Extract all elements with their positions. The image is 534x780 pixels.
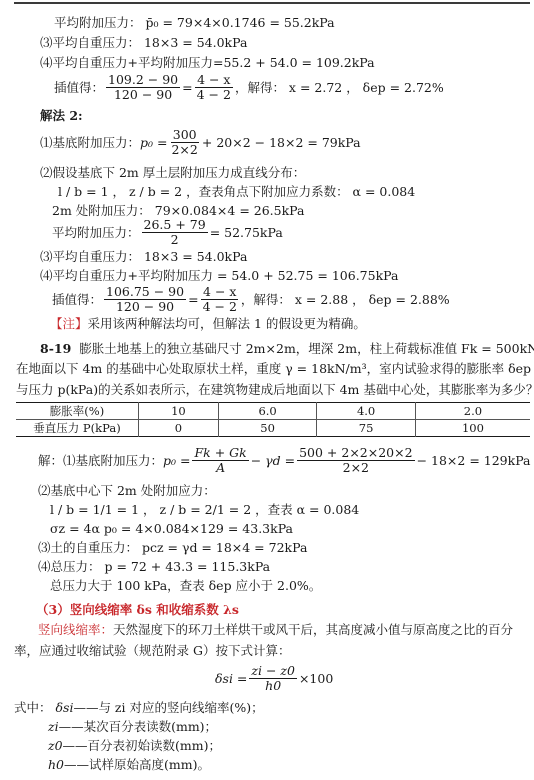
where-line-0: 式中： δsi——与 zi 对应的竖向线缩率(%)； <box>14 700 264 716</box>
problem-line3: 与压力 p(kPa)的关系如表所示，在建筑物建成后地面以下 4m 基础中心处，其… <box>16 382 534 398</box>
rhs: − 18×2 = 129kPa <box>417 453 531 469</box>
denominator: 2×2 <box>341 461 371 475</box>
page-top-rule <box>14 2 530 4</box>
label: 平均附加压力： <box>54 15 142 30</box>
m2-interpolation: 插值得： 106.75 − 90120 − 90 = 4 − x4 − 2 ，解… <box>52 285 450 314</box>
label: 平均附加压力： <box>52 225 140 241</box>
m2-step2-a: l / b = 1 ， z / b = 2 ，查表角点下附加应力系数： α = … <box>58 184 415 200</box>
denominator: 2×2 <box>169 143 199 157</box>
sol-step2: ⑵基底中心下 2m 处附加应力： <box>38 483 216 499</box>
label: 解：⑴基底附加压力： <box>38 453 163 469</box>
fraction: 4 − x4 − 2 <box>195 73 233 102</box>
note: 【注】采用该两种解法均可，但解法 1 的假设更为精确。 <box>50 316 366 332</box>
numerator: 4 − x <box>201 285 238 300</box>
cell: 2.0 <box>415 403 530 420</box>
section3-def-line1: 竖向线缩率：天然湿度下的环刀土样烘干或风干后，其高度减小值与原高度之比的百分 <box>38 622 513 638</box>
shrinkage-formula: δsi = zi − z0h0 ×100 <box>215 664 333 693</box>
fraction: 500 + 2×2×20×22×2 <box>297 446 414 475</box>
formula: p̄₀ = 79×4×0.1746 = 55.2kPa <box>146 15 335 30</box>
fraction: 106.75 − 90120 − 90 <box>104 285 186 314</box>
numerator: 26.5 + 79 <box>142 218 208 233</box>
description: ——与 zi 对应的竖向线缩率(%)； <box>73 700 263 715</box>
label: 插值得： <box>54 80 104 96</box>
cell: 6.0 <box>218 403 317 420</box>
avg-additional-line: 平均附加压力： p̄₀ = 79×4×0.1746 = 55.2kPa <box>54 15 335 31</box>
cell: 0 <box>139 420 219 437</box>
numerator: 300 <box>171 128 199 143</box>
fraction: 109.2 − 90120 − 90 <box>106 73 180 102</box>
where-label: 式中： <box>14 700 52 715</box>
denominator: 4 − 2 <box>195 88 233 102</box>
denominator: 4 − 2 <box>201 300 239 314</box>
symbol: z0 <box>48 738 63 753</box>
method2-heading: 解法 2: <box>40 108 83 124</box>
lhs: p₀ = <box>140 135 167 151</box>
description: ——某次百分表读数(mm)； <box>59 719 217 734</box>
note-tag: 【注】 <box>50 316 88 331</box>
section3-heading: （3）竖向线缩率 δs 和收缩系数 λs <box>36 602 239 618</box>
fraction: Fk + GkA <box>192 446 248 475</box>
label: 插值得： <box>52 292 102 308</box>
cell: 50 <box>218 420 317 437</box>
sol-step3: ⑶土的自重压力： pcz = γd = 18×4 = 72kPa <box>38 540 307 556</box>
numerator: 106.75 − 90 <box>104 285 186 300</box>
table-row: 膨胀率(%) 10 6.0 4.0 2.0 <box>16 403 530 420</box>
cell: 4.0 <box>317 403 416 420</box>
problem-line1: 8-19 膨胀土地基上的独立基础尺寸 2m×2m，埋深 2m，柱上荷载标准值 F… <box>40 341 534 357</box>
numerator: 4 − x <box>195 73 232 88</box>
sol-step1: 解：⑴基底附加压力： p₀ = Fk + GkA − γd = 500 + 2×… <box>38 446 531 475</box>
term: 竖向线缩率： <box>38 622 113 637</box>
text: 膨胀土地基上的独立基础尺寸 2m×2m，埋深 2m，柱上荷载标准值 Fk = 5… <box>79 341 534 356</box>
denominator: h0 <box>263 679 283 693</box>
description: ——百分表初始读数(mm)； <box>63 738 221 753</box>
cell: 10 <box>139 403 219 420</box>
equals: = <box>188 292 198 308</box>
numerator: 500 + 2×2×20×2 <box>297 446 414 461</box>
sol-step2-b: σz = 4α p₀ = 4×0.084×129 = 43.3kPa <box>50 521 293 537</box>
table-row: 垂直压力 P(kPa) 0 50 75 100 <box>16 420 530 437</box>
m1-step3: ⑶平均自重压力： 18×3 = 54.0kPa <box>40 35 247 51</box>
fraction: 4 − x4 − 2 <box>201 285 239 314</box>
cell: 100 <box>415 420 530 437</box>
lhs: δsi = <box>215 671 247 687</box>
problem-number: 8-19 <box>40 341 71 356</box>
rhs: = 52.75kPa <box>210 225 283 241</box>
numerator: Fk + Gk <box>192 446 248 461</box>
cell: 75 <box>317 420 416 437</box>
sol-conclusion: 总压力大于 100 kPa，查表 δep 应小于 2.0%。 <box>50 578 321 594</box>
m2-step4: ⑷平均自重压力+平均附加压力 = 54.0 + 52.75 = 106.75kP… <box>40 268 398 284</box>
equals: = <box>182 80 192 96</box>
m1-step4: ⑷平均自重压力+平均附加压力=55.2 + 54.0 = 109.2kPa <box>40 55 375 71</box>
mid: − γd = <box>251 453 295 469</box>
fraction: 26.5 + 792 <box>142 218 208 247</box>
sol-step4: ⑷总压力： p = 72 + 43.3 = 115.3kPa <box>38 559 270 575</box>
problem-line2: 在地面以下 4m 的基础中心处取原状土样，重度 γ = 18kN/m³，室内试验… <box>16 361 534 377</box>
sol-step2-a: l / b = 1/1 = 1 ， z / b = 2/1 = 2 ，查表 α … <box>50 502 359 518</box>
where-line-1: zi——某次百分表读数(mm)； <box>48 719 217 735</box>
where-line-2: z0——百分表初始读数(mm)； <box>48 738 221 754</box>
result: ，解得： x = 2.72 ， δep = 2.72% <box>235 80 444 96</box>
result: ，解得： x = 2.88 ， δep = 2.88% <box>241 292 450 308</box>
m2-step1: ⑴基底附加压力： p₀ = 3002×2 + 20×2 − 18×2 = 79k… <box>40 128 361 157</box>
description: ——试样原始高度(mm)。 <box>64 757 210 772</box>
symbol: zi <box>48 719 59 734</box>
denominator: 2 <box>169 233 181 247</box>
m2-step3: ⑶平均自重压力： 18×3 = 54.0kPa <box>40 249 247 265</box>
m2-step2: ⑵假设基底下 2m 厚土层附加压力成直线分布： <box>40 165 305 181</box>
m2-avg: 平均附加压力： 26.5 + 792 = 52.75kPa <box>52 218 283 247</box>
section3-def-line2: 率，应通过收缩试验（规范附录 G）按下式计算： <box>14 643 290 659</box>
swelling-table: 膨胀率(%) 10 6.0 4.0 2.0 垂直压力 P(kPa) 0 50 7… <box>16 402 530 437</box>
where-line-3: h0——试样原始高度(mm)。 <box>48 757 210 773</box>
m1-interpolation: 插值得： 109.2 − 90120 − 90 = 4 − x4 − 2 ，解得… <box>54 73 444 102</box>
fraction: zi − z0h0 <box>249 664 297 693</box>
denominator: A <box>214 461 227 475</box>
fraction: 3002×2 <box>169 128 199 157</box>
denominator: 120 − 90 <box>114 300 176 314</box>
note-text: 采用该两种解法均可，但解法 1 的假设更为精确。 <box>88 316 366 331</box>
label: ⑴基底附加压力： <box>40 135 140 151</box>
denominator: 120 − 90 <box>112 88 174 102</box>
symbol: h0 <box>48 757 64 772</box>
numerator: zi − z0 <box>249 664 297 679</box>
row-header: 垂直压力 P(kPa) <box>16 420 139 437</box>
rhs: + 20×2 − 18×2 = 79kPa <box>202 135 361 151</box>
rhs: ×100 <box>299 671 333 687</box>
symbol: δsi <box>56 700 74 715</box>
lhs: p₀ = <box>163 453 190 469</box>
text: 天然湿度下的环刀土样烘干或风干后，其高度减小值与原高度之比的百分 <box>113 622 513 637</box>
row-header: 膨胀率(%) <box>16 403 139 420</box>
numerator: 109.2 − 90 <box>106 73 180 88</box>
